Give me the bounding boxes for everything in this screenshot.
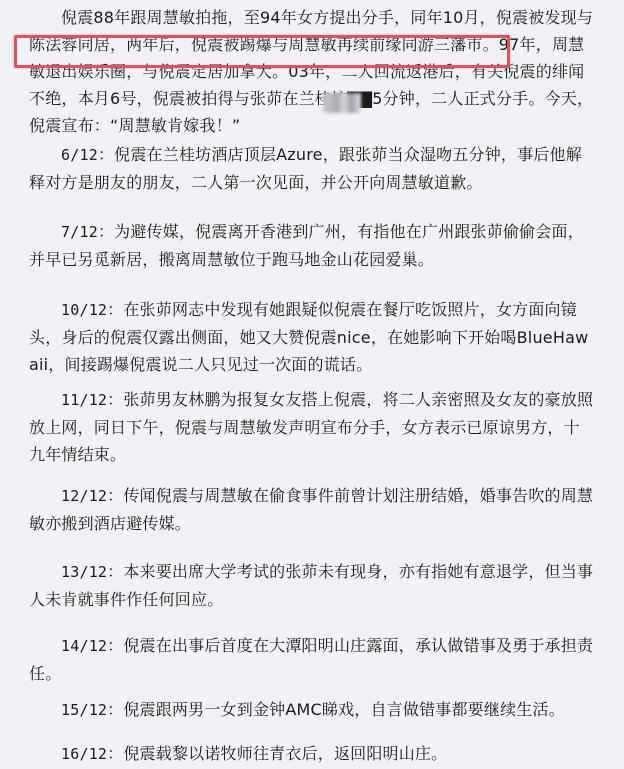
entry-paragraph: 13/12：本来要出席大学考试的张茆未有现身，亦有指她有意退学，但当事人未肯就事… [29, 558, 595, 613]
blurred-censor-patch [323, 93, 361, 113]
intro-paragraph: 倪震88年跟周慧敏拍拖，至94年女方提出分手，同年10月，倪震被发现与陈法蓉同居… [29, 4, 595, 139]
entry-text: 倪震跟两男一女到金钟AMC睇戏，自言做错事都要继续生活。 [123, 700, 565, 719]
entry-paragraph: 7/12：为避传媒，倪震离开香港到广州，有指他在广州跟张茆偷偷会面，并早已另觅新… [29, 218, 595, 273]
entry-date: 12/12 [61, 487, 107, 505]
entry-date: 15/12 [61, 701, 107, 719]
separator: ： [107, 636, 123, 655]
separator: ： [107, 562, 123, 581]
entry-paragraph: 11/12：张茆男友林鹏为报复女友搭上倪震，将二人亲密照及女友的豪放照放上网，同… [29, 386, 595, 468]
entry-paragraph: 15/12：倪震跟两男一女到金钟AMC睇戏，自言做错事都要继续生活。 [29, 696, 595, 724]
separator: ： [107, 390, 123, 409]
separator: ： [107, 300, 123, 319]
entry-date: 6/12 [61, 146, 98, 164]
entry-date: 16/12 [61, 745, 107, 763]
entry-paragraph: 10/12：在张茆网志中发现有她跟疑似倪震在餐厅吃饭照片，女方面向镜头，身后的倪… [29, 296, 595, 378]
separator: ： [98, 145, 114, 164]
entry-paragraph: 6/12：倪震在兰桂坊酒店顶层Azure，跟张茆当众湿吻五分钟，事后他解释对方是… [29, 141, 595, 196]
separator: ： [107, 700, 123, 719]
separator: ： [107, 486, 123, 505]
entry-text: 倪震载黎以诺牧师往青衣后，返回阳明山庄。 [123, 744, 447, 763]
entry-date: 11/12 [61, 391, 107, 409]
entry-date: 13/12 [61, 563, 107, 581]
entry-date: 7/12 [61, 223, 98, 241]
entry-date: 14/12 [61, 637, 107, 655]
entry-paragraph: 14/12：倪震在出事后首度在大潭阳明山庄露面，承认做错事及勇于承担责任。 [29, 632, 595, 687]
separator: ： [107, 744, 123, 763]
entry-paragraph: 16/12：倪震载黎以诺牧师往青衣后，返回阳明山庄。 [29, 740, 595, 768]
entry-paragraph: 12/12：传闻倪震与周慧敏在偷食事件前曾计划注册结婚，婚事告吹的周慧敏亦搬到酒… [29, 482, 595, 537]
entry-date: 10/12 [61, 301, 107, 319]
separator: ： [98, 222, 114, 241]
